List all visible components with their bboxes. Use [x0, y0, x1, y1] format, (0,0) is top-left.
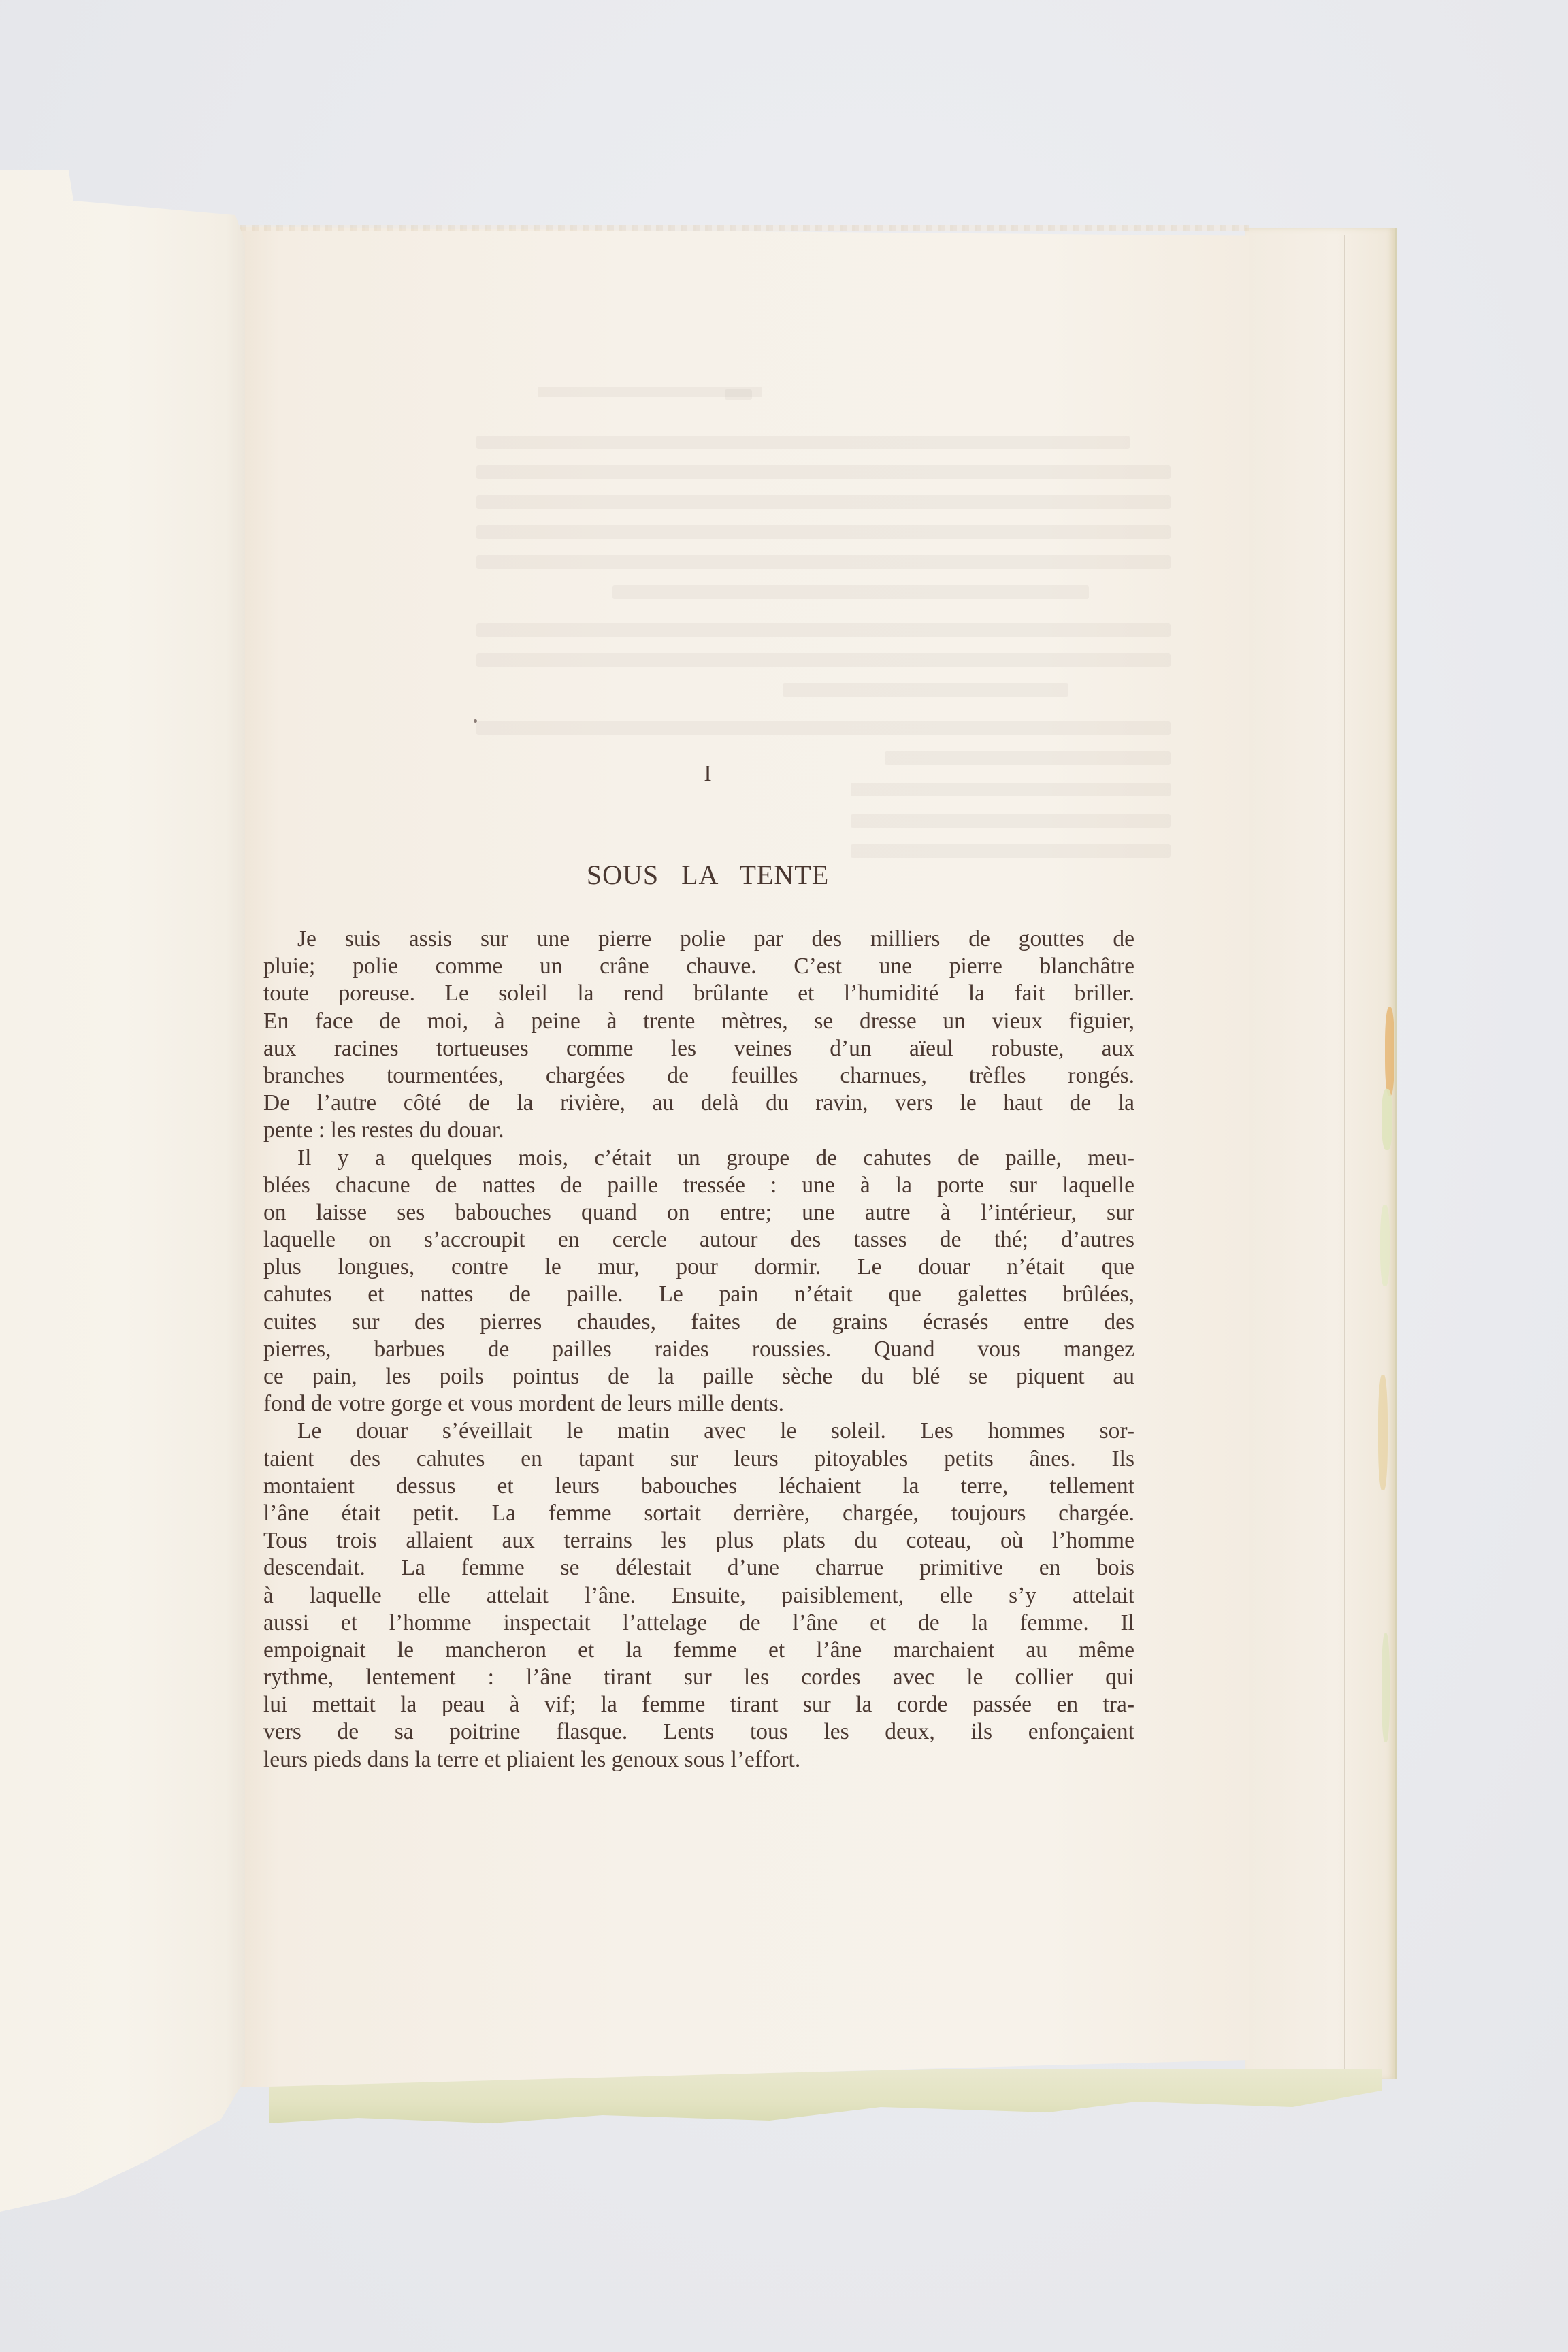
text-line: pente : les restes du douar.	[263, 1117, 1134, 1144]
text-line: pierres, barbues de pailles raides rouss…	[263, 1336, 1134, 1363]
text-line: vers de sa poitrine flasque. Lents tous …	[263, 1718, 1134, 1746]
text-line: leurs pieds dans la terre et pliaient le…	[263, 1746, 1134, 1774]
text-line: cuites sur des pierres chaudes, faites d…	[263, 1309, 1134, 1336]
edge-stain	[1380, 1205, 1390, 1286]
text-line: cahutes et nattes de paille. Le pain n’é…	[263, 1281, 1134, 1308]
paragraph: Le douar s’éveillait le matin avec le so…	[263, 1418, 1134, 1773]
text-line: rythme, lentement : l’âne tirant sur les…	[263, 1664, 1134, 1691]
edge-stain	[1385, 1007, 1394, 1096]
text-line: à laquelle elle attelait l’âne. Ensuite,…	[263, 1582, 1134, 1610]
text-line: Il y a quelques mois, c’était un groupe …	[263, 1145, 1134, 1172]
edge-stain	[1378, 1375, 1388, 1490]
text-line: Le douar s’éveillait le matin avec le so…	[263, 1418, 1134, 1445]
text-line: En face de moi, à peine à trente mètres,…	[263, 1008, 1134, 1035]
text-line: branches tourmentées, chargées de feuill…	[263, 1062, 1134, 1090]
text-line: plus longues, contre le mur, pour dormir…	[263, 1254, 1134, 1281]
text-line: fond de votre gorge et vous mordent de l…	[263, 1390, 1134, 1418]
text-line: empoignait le mancheron et la femme et l…	[263, 1637, 1134, 1664]
text-line: De l’autre côté de la rivière, au delà d…	[263, 1090, 1134, 1117]
text-line: Je suis assis sur une pierre polie par d…	[263, 926, 1134, 953]
edge-stain	[1382, 1633, 1390, 1742]
page-edge-strip	[1245, 228, 1397, 2079]
text-line: taient des cahutes en tapant sur leurs p…	[263, 1445, 1134, 1473]
body-text: Je suis assis sur une pierre polie par d…	[263, 926, 1134, 1774]
edge-stain	[1382, 1089, 1392, 1150]
text-line: l’âne était petit. La femme sortait derr…	[263, 1500, 1134, 1527]
text-line: aussi et l’homme inspectait l’attelage d…	[263, 1610, 1134, 1637]
text-line: descendait. La femme se délestait d’une …	[263, 1554, 1134, 1582]
top-deckled-edge	[218, 225, 1249, 231]
ink-speck	[474, 719, 477, 723]
page-fold-line	[1344, 235, 1345, 2072]
paragraph: Je suis assis sur une pierre polie par d…	[263, 926, 1134, 1145]
text-line: on laisse ses babouches quand on entre; …	[263, 1199, 1134, 1226]
text-line: pluie; polie comme un crâne chauve. C’es…	[263, 953, 1134, 980]
text-line: laquelle on s’accroupit en cercle autour…	[263, 1226, 1134, 1254]
text-line: ce pain, les poils pointus de la paille …	[263, 1363, 1134, 1390]
text-line: lui mettait la peau à vif; la femme tira…	[263, 1691, 1134, 1718]
text-line: montaient dessus et leurs babouches léch…	[263, 1473, 1134, 1500]
text-line: blées chacune de nattes de paille tressé…	[263, 1172, 1134, 1199]
text-line: Tous trois allaient aux terrains les plu…	[263, 1527, 1134, 1554]
curled-flyleaf	[0, 170, 245, 2212]
text-line: aux racines tortueuses comme les veines …	[263, 1035, 1134, 1062]
paragraph: Il y a quelques mois, c’était un groupe …	[263, 1145, 1134, 1418]
text-line: toute poreuse. Le soleil la rend brûlant…	[263, 980, 1134, 1007]
